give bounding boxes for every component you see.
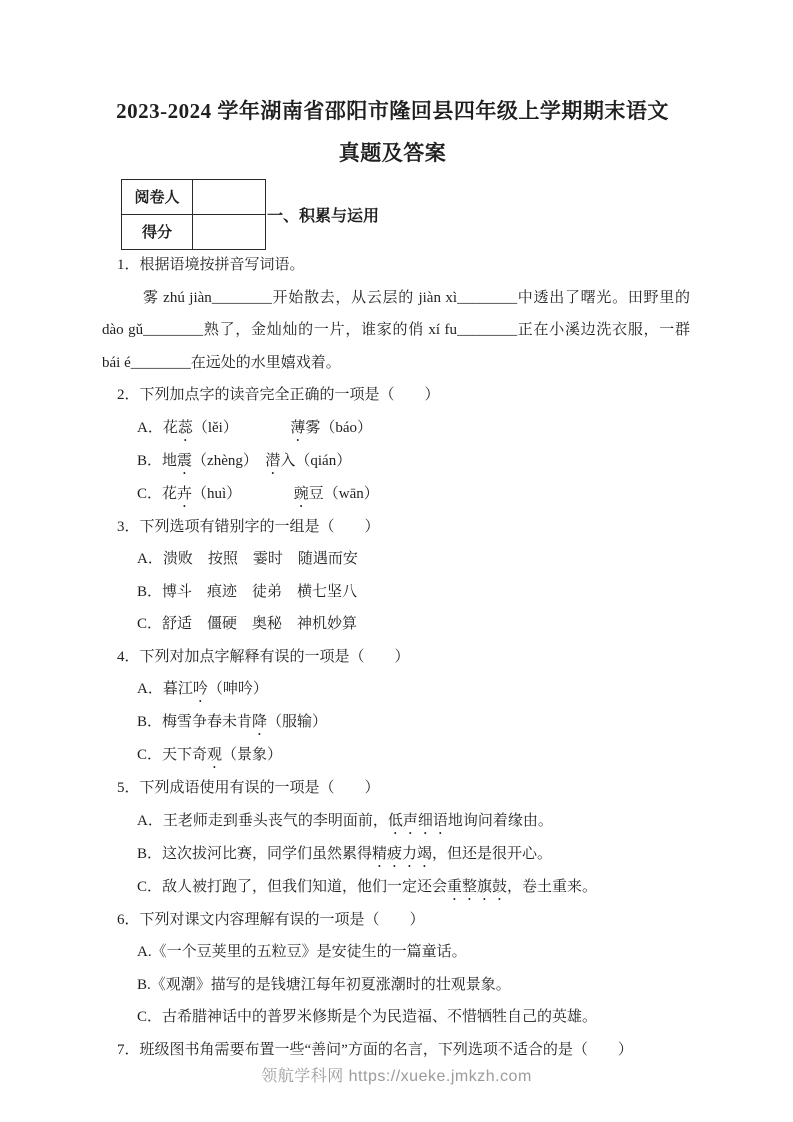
- question-3: 3．下列选项有错别字的一组是（ ） A．溃败 按照 霎时 随遇而安 B．博斗 痕…: [100, 511, 685, 641]
- page-content: 2023-2024 学年湖南省邵阳市隆回县四年级上学期期末语文 真题及答案 阅卷…: [0, 0, 793, 1066]
- pinyin-blank: ________: [143, 322, 203, 338]
- question-1: 1．根据语境按拼音写词语。 雾 zhú jiàn________开始散去，从云层…: [100, 249, 685, 379]
- grading-row-score: 得分: [122, 214, 266, 249]
- exam-title-line1: 2023-2024 学年湖南省邵阳市隆回县四年级上学期期末语文: [100, 96, 685, 126]
- question-stem-text: 下列对课文内容理解有误的一项是（ ）: [140, 912, 425, 928]
- text-run: [234, 486, 294, 502]
- emphasized-text: 精疲力竭: [372, 846, 432, 862]
- watermark: 领航学科网 https://xueke.jmkzh.com: [0, 1063, 793, 1086]
- text-run: C．古希腊神话中的普罗米修斯是个为民造福、不惜牺牲自己的英雄。: [137, 1009, 597, 1025]
- question-5-option-c: C．敌人被打跑了，但我们知道，他们一定还会重整旗鼓，卷土重来。: [137, 871, 685, 904]
- text-run: ，但还是很开心。: [432, 846, 552, 862]
- question-number: 6．: [117, 912, 140, 928]
- question-stem-text: 下列成语使用有误的一项是（ ）: [140, 780, 380, 796]
- question-7-stem: 7．班级图书角需要布置一些“善问”方面的名言，下列选项不适合的是（ ）: [117, 1034, 685, 1067]
- grader-value-cell: [193, 179, 266, 214]
- question-5: 5．下列成语使用有误的一项是（ ） A．王老师走到垂头丧气的李明面前，低声细语地…: [100, 772, 685, 904]
- question-3-option-a: A．溃败 按照 霎时 随遇而安: [137, 543, 685, 576]
- text-run: B．这次拔河比赛，同学们虽然累得: [137, 846, 372, 862]
- emphasized-text: 观: [207, 747, 222, 763]
- emphasized-text: 降: [252, 714, 267, 730]
- pinyin-blank: ________: [212, 290, 272, 306]
- emphasized-text: 潜: [265, 453, 280, 469]
- grading-header-row: 阅卷人 得分 一、积累与运用: [100, 179, 685, 249]
- text-run: 开始散去，从云层的 jiàn xì: [272, 290, 457, 306]
- text-run: A．溃败 按照 霎时 随遇而安: [137, 551, 358, 567]
- text-run: B．博斗 痕迹 徒弟 横七坚八: [137, 584, 357, 600]
- question-stem-text: 下列选项有错别字的一组是（ ）: [140, 519, 380, 535]
- emphasized-text: 重整旗鼓: [447, 879, 507, 895]
- question-3-option-b: B．博斗 痕迹 徒弟 横七坚八: [137, 576, 685, 609]
- text-run: （lěi）: [193, 420, 231, 436]
- question-6-option-b: B.《观潮》描写的是钱塘江每年初夏涨潮时的壮观景象。: [137, 969, 685, 1002]
- question-6-option-c: C．古希腊神话中的普罗米修斯是个为民造福、不惜牺牲自己的英雄。: [137, 1001, 685, 1034]
- text-run: 雾 zhú jiàn: [143, 290, 212, 306]
- paragraph-line-1: 雾 zhú jiàn________开始散去，从云层的 jiàn xì_____…: [102, 282, 690, 315]
- text-run: C．敌人被打跑了，但我们知道，他们一定还会: [137, 879, 447, 895]
- text-run: 熟了，金灿灿的一片，谁家的俏 xí fu: [203, 322, 457, 338]
- score-value-cell: [193, 214, 266, 249]
- pinyin-blank: ________: [457, 290, 517, 306]
- question-6-option-a: A.《一个豆荚里的五粒豆》是安徒生的一篇童话。: [137, 936, 685, 969]
- question-number: 3．: [117, 519, 140, 535]
- paragraph-line-3: bái é________在远处的水里嬉戏着。: [102, 347, 690, 380]
- question-4: 4．下列对加点字解释有误的一项是（ ） A．暮江吟（呻吟） B．梅雪争春未肯降（…: [100, 641, 685, 773]
- emphasized-text: 震: [177, 453, 192, 469]
- pinyin-blank: ________: [457, 322, 517, 338]
- section-title: 一、积累与运用: [267, 203, 379, 226]
- question-5-option-a: A．王老师走到垂头丧气的李明面前，低声细语地询问着缘由。: [137, 805, 685, 838]
- text-run: ，卷土重来。: [507, 879, 597, 895]
- exam-title: 2023-2024 学年湖南省邵阳市隆回县四年级上学期期末语文 真题及答案: [100, 0, 685, 168]
- question-2-option-c: C．花卉（huì） 豌豆（wān）: [137, 478, 685, 511]
- text-run: （景象）: [222, 747, 282, 763]
- text-run: A．花: [137, 420, 178, 436]
- text-run: C．花: [137, 486, 177, 502]
- text-run: A.《一个豆荚里的五粒豆》是安徒生的一篇童话。: [137, 944, 467, 960]
- question-number: 4．: [117, 649, 140, 665]
- grader-label: 阅卷人: [122, 179, 193, 214]
- text-run: B．梅雪争春未肯: [137, 714, 252, 730]
- question-3-option-c: C．舒适 僵硬 奥秘 神机妙算: [137, 608, 685, 641]
- text-run: A．王老师走到垂头丧气的李明面前，: [137, 813, 388, 829]
- emphasized-text: 薄: [290, 420, 305, 436]
- text-run: 雾（báo）: [305, 420, 372, 436]
- text-run: 在远处的水里嬉戏着。: [191, 355, 341, 371]
- question-stem-text: 下列加点字的读音完全正确的一项是（ ）: [140, 387, 440, 403]
- question-number: 5．: [117, 780, 140, 796]
- exam-paper-page: 2023-2024 学年湖南省邵阳市隆回县四年级上学期期末语文 真题及答案 阅卷…: [0, 0, 793, 1122]
- emphasized-text: 蕊: [178, 420, 193, 436]
- text-run: [230, 420, 290, 436]
- text-run: C．舒适 僵硬 奥秘 神机妙算: [137, 616, 357, 632]
- exam-title-line2: 真题及答案: [100, 138, 685, 168]
- question-number: 7．: [117, 1042, 140, 1058]
- question-2: 2．下列加点字的读音完全正确的一项是（ ） A．花蕊（lěi） 薄雾（báo） …: [100, 379, 685, 511]
- question-4-option-b: B．梅雪争春未肯降（服输）: [137, 706, 685, 739]
- text-run: C．天下奇: [137, 747, 207, 763]
- text-run: 入（qián）: [280, 453, 351, 469]
- question-4-stem: 4．下列对加点字解释有误的一项是（ ）: [117, 641, 685, 674]
- question-stem-text: 班级图书角需要布置一些“善问”方面的名言，下列选项不适合的是（ ）: [140, 1042, 633, 1058]
- grading-table: 阅卷人 得分: [121, 179, 266, 250]
- question-6-stem: 6．下列对课文内容理解有误的一项是（ ）: [117, 904, 685, 937]
- question-2-option-b: B．地震（zhèng） 潜入（qián）: [137, 445, 685, 478]
- emphasized-text: 低声细语: [388, 813, 448, 829]
- question-stem-text: 下列对加点字解释有误的一项是（ ）: [140, 649, 410, 665]
- question-1-stem: 1．根据语境按拼音写词语。: [117, 249, 685, 282]
- pinyin-paragraph: 雾 zhú jiàn________开始散去，从云层的 jiàn xì_____…: [100, 282, 685, 380]
- text-run: 正在小溪边洗衣服，一群: [517, 322, 690, 338]
- text-run: B.《观潮》描写的是钱塘江每年初夏涨潮时的壮观景象。: [137, 977, 511, 993]
- question-number: 1．: [117, 257, 140, 273]
- text-run: （服输）: [267, 714, 327, 730]
- question-2-option-a: A．花蕊（lěi） 薄雾（báo）: [137, 412, 685, 445]
- text-run: dào gǔ: [102, 322, 143, 338]
- question-stem-text: 根据语境按拼音写词语。: [140, 257, 305, 273]
- score-label: 得分: [122, 214, 193, 249]
- question-4-option-c: C．天下奇观（景象）: [137, 739, 685, 772]
- question-2-stem: 2．下列加点字的读音完全正确的一项是（ ）: [117, 379, 685, 412]
- emphasized-text: 吟: [193, 681, 208, 697]
- emphasized-text: 豌: [294, 486, 309, 502]
- question-6: 6．下列对课文内容理解有误的一项是（ ） A.《一个豆荚里的五粒豆》是安徒生的一…: [100, 904, 685, 1034]
- text-run: （huì）: [192, 486, 234, 502]
- text-run: bái é: [102, 355, 131, 371]
- paragraph-line-2: dào gǔ________熟了，金灿灿的一片，谁家的俏 xí fu______…: [102, 314, 690, 347]
- emphasized-text: 卉: [177, 486, 192, 502]
- pinyin-blank: ________: [131, 355, 191, 371]
- question-4-option-a: A．暮江吟（呻吟）: [137, 673, 685, 706]
- text-run: A．暮江: [137, 681, 193, 697]
- question-3-stem: 3．下列选项有错别字的一组是（ ）: [117, 511, 685, 544]
- text-run: 地询问着缘由。: [448, 813, 553, 829]
- text-run: 中透出了曙光。田野里的: [517, 290, 690, 306]
- question-7: 7．班级图书角需要布置一些“善问”方面的名言，下列选项不适合的是（ ）: [100, 1034, 685, 1067]
- question-number: 2．: [117, 387, 140, 403]
- text-run: 豆（wān）: [309, 486, 379, 502]
- question-5-option-b: B．这次拔河比赛，同学们虽然累得精疲力竭，但还是很开心。: [137, 838, 685, 871]
- text-run: B．地: [137, 453, 177, 469]
- grading-row-grader: 阅卷人: [122, 179, 266, 214]
- text-run: （zhèng）: [192, 453, 265, 469]
- text-run: （呻吟）: [208, 681, 268, 697]
- question-5-stem: 5．下列成语使用有误的一项是（ ）: [117, 772, 685, 805]
